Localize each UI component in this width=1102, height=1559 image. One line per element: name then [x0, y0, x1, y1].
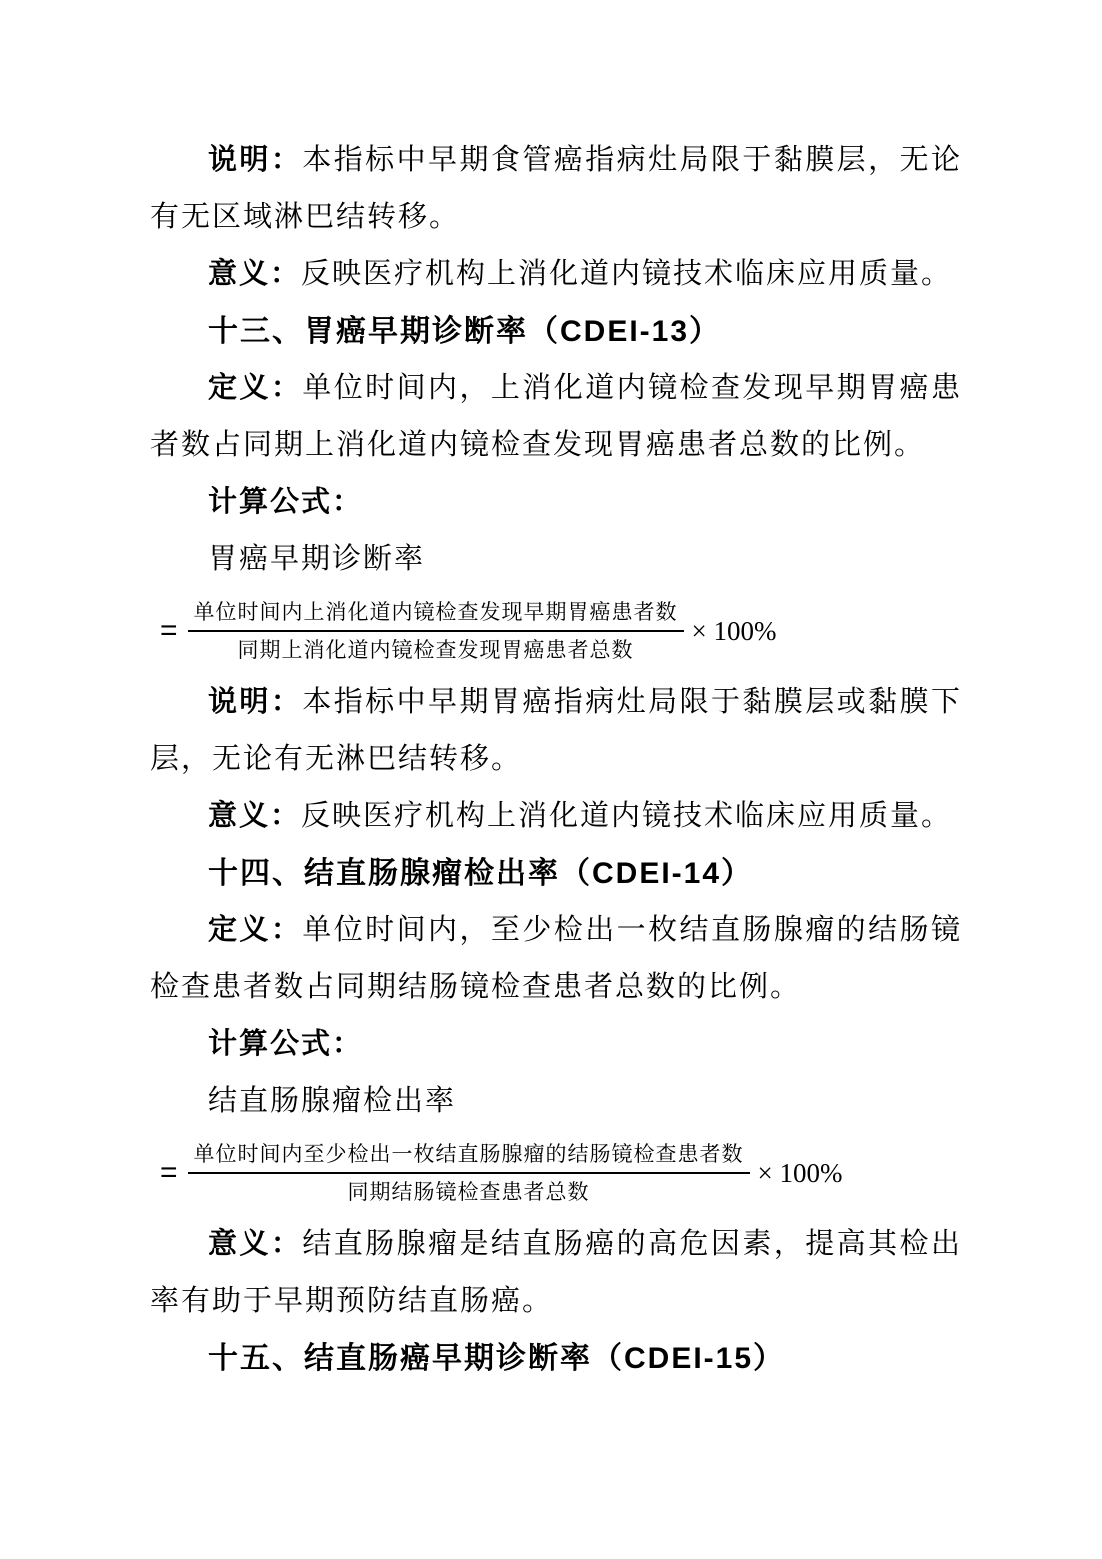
note-label: 说明：	[208, 686, 302, 718]
fraction-numerator: 单位时间内至少检出一枚结直肠腺瘤的结肠镜检查患者数	[188, 1140, 750, 1174]
gastric-formula-label: 计算公式：	[150, 474, 962, 531]
fraction-denominator: 同期结肠镜检查患者总数	[348, 1174, 590, 1206]
adenoma-formula: = 单位时间内至少检出一枚结直肠腺瘤的结肠镜检查患者数 同期结肠镜检查患者总数 …	[150, 1130, 962, 1216]
adenoma-significance-paragraph: 意义：结直肠腺瘤是结直肠癌的高危因素，提高其检出率有助于早期预防结直肠癌。	[150, 1216, 962, 1330]
section-heading-cdei-13: 十三、胃癌早期诊断率（CDEI-13）	[150, 303, 962, 360]
significance-label: 意义：	[208, 800, 301, 832]
fraction: 单位时间内上消化道内镜检查发现早期胃癌患者数 同期上消化道内镜检查发现胃癌患者总…	[188, 598, 684, 665]
gastric-formula: = 单位时间内上消化道内镜检查发现早期胃癌患者数 同期上消化道内镜检查发现胃癌患…	[150, 588, 962, 674]
multiplier: × 100%	[692, 616, 777, 647]
note-label: 说明：	[208, 144, 302, 176]
fraction-denominator: 同期上消化道内镜检查发现胃癌患者总数	[238, 632, 634, 664]
significance-text: 反映医疗机构上消化道内镜技术临床应用质量。	[301, 800, 952, 832]
adenoma-formula-name: 结直肠腺瘤检出率	[150, 1073, 962, 1130]
gastric-significance-paragraph: 意义：反映医疗机构上消化道内镜技术临床应用质量。	[150, 788, 962, 845]
section-heading-cdei-14: 十四、结直肠腺瘤检出率（CDEI-14）	[150, 845, 962, 902]
significance-label: 意义：	[208, 1228, 302, 1260]
gastric-definition-paragraph: 定义：单位时间内，上消化道内镜检查发现早期胃癌患者数占同期上消化道内镜检查发现胃…	[150, 360, 962, 474]
equals-sign: =	[160, 614, 178, 648]
significance-label: 意义：	[208, 258, 301, 290]
esophageal-significance-paragraph: 意义：反映医疗机构上消化道内镜技术临床应用质量。	[150, 246, 962, 303]
section-heading-cdei-15: 十五、结直肠癌早期诊断率（CDEI-15）	[150, 1330, 962, 1387]
esophageal-note-paragraph: 说明：本指标中早期食管癌指病灶局限于黏膜层，无论有无区域淋巴结转移。	[150, 132, 962, 246]
adenoma-formula-label: 计算公式：	[150, 1016, 962, 1073]
fraction: 单位时间内至少检出一枚结直肠腺瘤的结肠镜检查患者数 同期结肠镜检查患者总数	[188, 1140, 750, 1207]
definition-label: 定义：	[208, 372, 302, 404]
document-content: 说明：本指标中早期食管癌指病灶局限于黏膜层，无论有无区域淋巴结转移。 意义：反映…	[150, 132, 962, 1387]
formula-label-text: 计算公式：	[208, 1028, 363, 1060]
definition-label: 定义：	[208, 914, 302, 946]
significance-text: 反映医疗机构上消化道内镜技术临床应用质量。	[301, 258, 952, 290]
equals-sign: =	[160, 1156, 178, 1190]
document-page: 说明：本指标中早期食管癌指病灶局限于黏膜层，无论有无区域淋巴结转移。 意义：反映…	[0, 0, 1102, 1559]
adenoma-definition-paragraph: 定义：单位时间内，至少检出一枚结直肠腺瘤的结肠镜检查患者数占同期结肠镜检查患者总…	[150, 902, 962, 1016]
formula-label-text: 计算公式：	[208, 486, 363, 518]
multiplier: × 100%	[758, 1158, 843, 1189]
gastric-note-paragraph: 说明：本指标中早期胃癌指病灶局限于黏膜层或黏膜下层，无论有无淋巴结转移。	[150, 674, 962, 788]
gastric-formula-name: 胃癌早期诊断率	[150, 531, 962, 588]
fraction-numerator: 单位时间内上消化道内镜检查发现早期胃癌患者数	[188, 598, 684, 632]
